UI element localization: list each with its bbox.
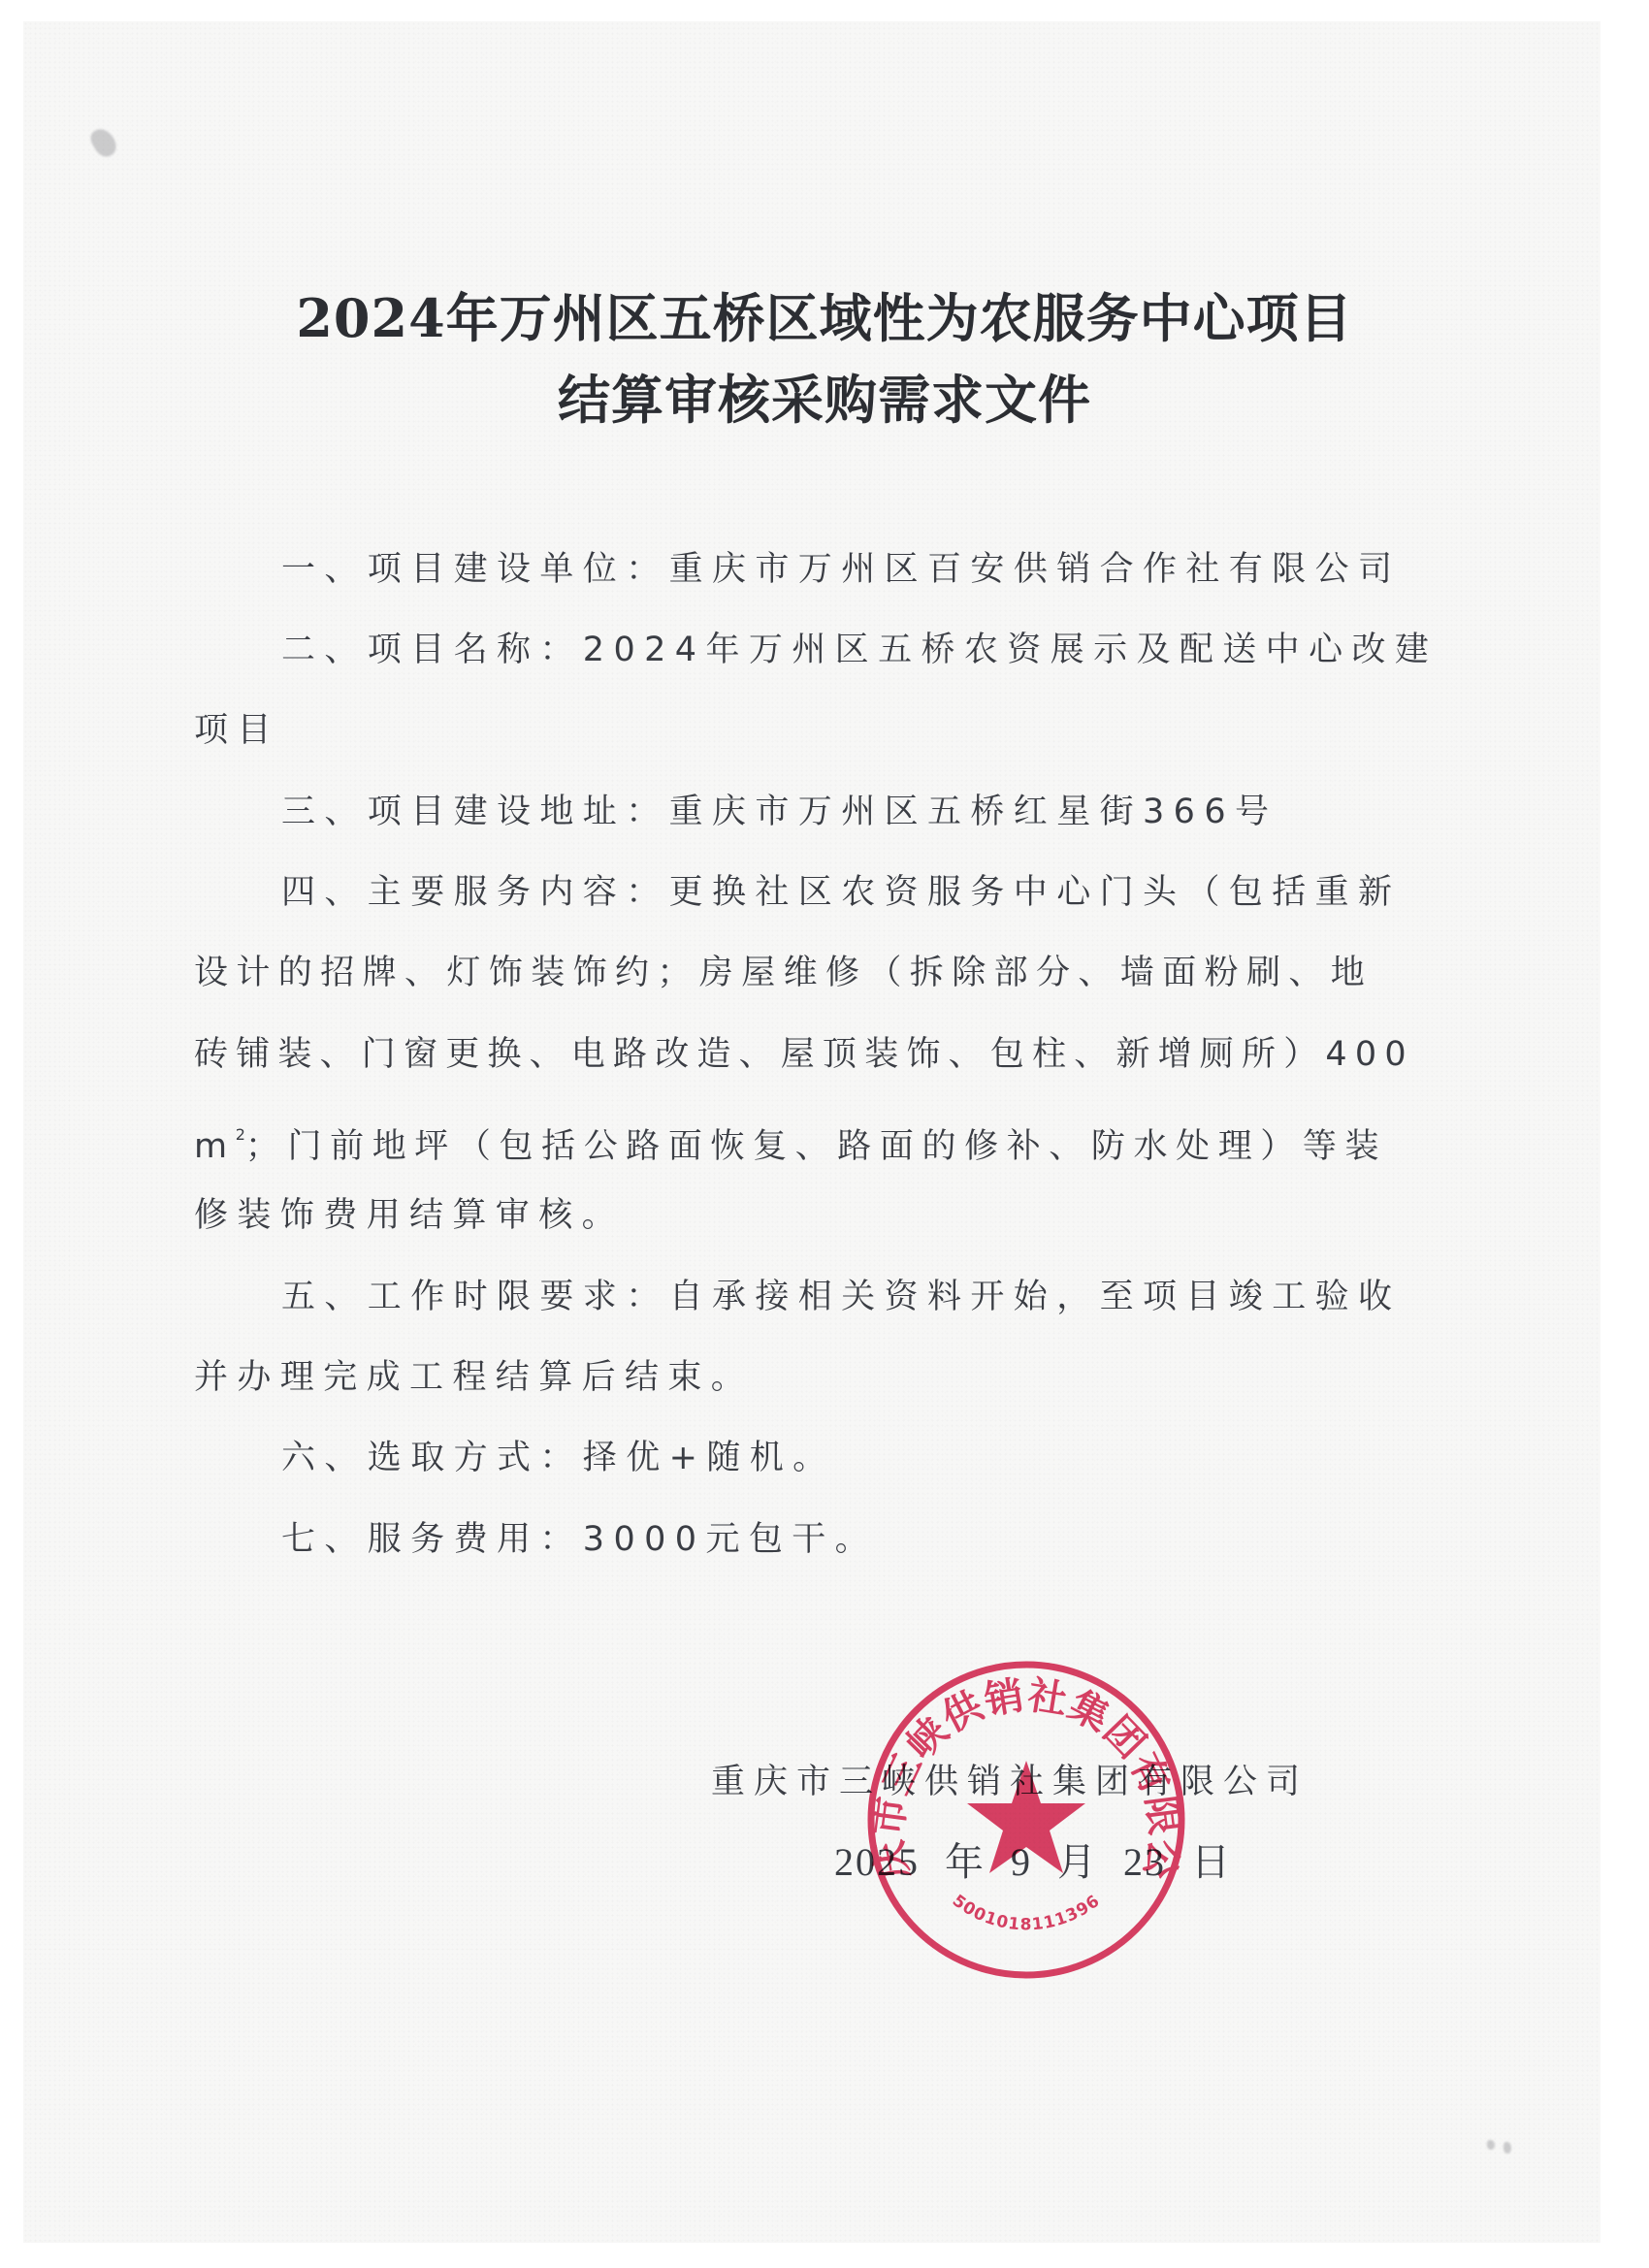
item-selection-method: 六、选取方式：择优+随机。	[281, 1437, 836, 1479]
document-title-line-1: 2024年万州区五桥区域性为农服务中心项目	[0, 289, 1649, 347]
item-service-content: 四、主要服务内容：更换社区农资服务中心门头（包括重新	[281, 871, 1401, 914]
item-service-content-cont-4: 修装饰费用结算审核。	[194, 1194, 625, 1237]
scan-smudge	[1487, 2140, 1495, 2150]
item-construction-unit: 一、项目建设单位：重庆市万州区百安供销合作社有限公司	[281, 548, 1401, 591]
item-service-content-cont-2: 砖铺装、门窗更换、电路改造、屋顶装饰、包柱、新增厕所）400	[194, 1033, 1414, 1076]
seal-code-text: 5001018111396	[949, 1892, 1104, 1935]
area-unit-superscript: 2	[236, 1125, 245, 1144]
item-service-content-cont-1: 设计的招牌、灯饰装饰约；房屋维修（拆除部分、墙面粉刷、地	[194, 952, 1373, 994]
item-project-name: 二、项目名称：2024年万州区五桥农资展示及配送中心改建	[281, 629, 1438, 671]
item-service-content-cont-3: m2；门前地坪（包括公路面恢复、路面的修补、防水处理）等装	[194, 1114, 1387, 1168]
scan-smudge	[1503, 2142, 1511, 2154]
item-work-deadline-cont: 并办理完成工程结算后结束。	[194, 1356, 754, 1399]
svg-text:5001018111396: 5001018111396	[949, 1892, 1104, 1935]
item-project-name-cont: 项目	[194, 709, 280, 752]
item-project-address: 三、项目建设地址：重庆市万州区五桥红星街366号	[281, 791, 1277, 833]
area-unit: m	[194, 1127, 236, 1166]
item-work-deadline: 五、工作时限要求：自承接相关资料开始，至项目竣工验收	[281, 1276, 1401, 1318]
item-service-fee: 七、服务费用：3000元包干。	[281, 1518, 878, 1561]
official-seal-icon: 重庆市三峡供销社集团有限公司 5001018111396	[862, 1656, 1190, 1984]
document-title-line-2: 结算审核采购需求文件	[0, 371, 1649, 429]
service-content-text: ；门前地坪（包括公路面恢复、路面的修补、防水处理）等装	[245, 1127, 1387, 1166]
